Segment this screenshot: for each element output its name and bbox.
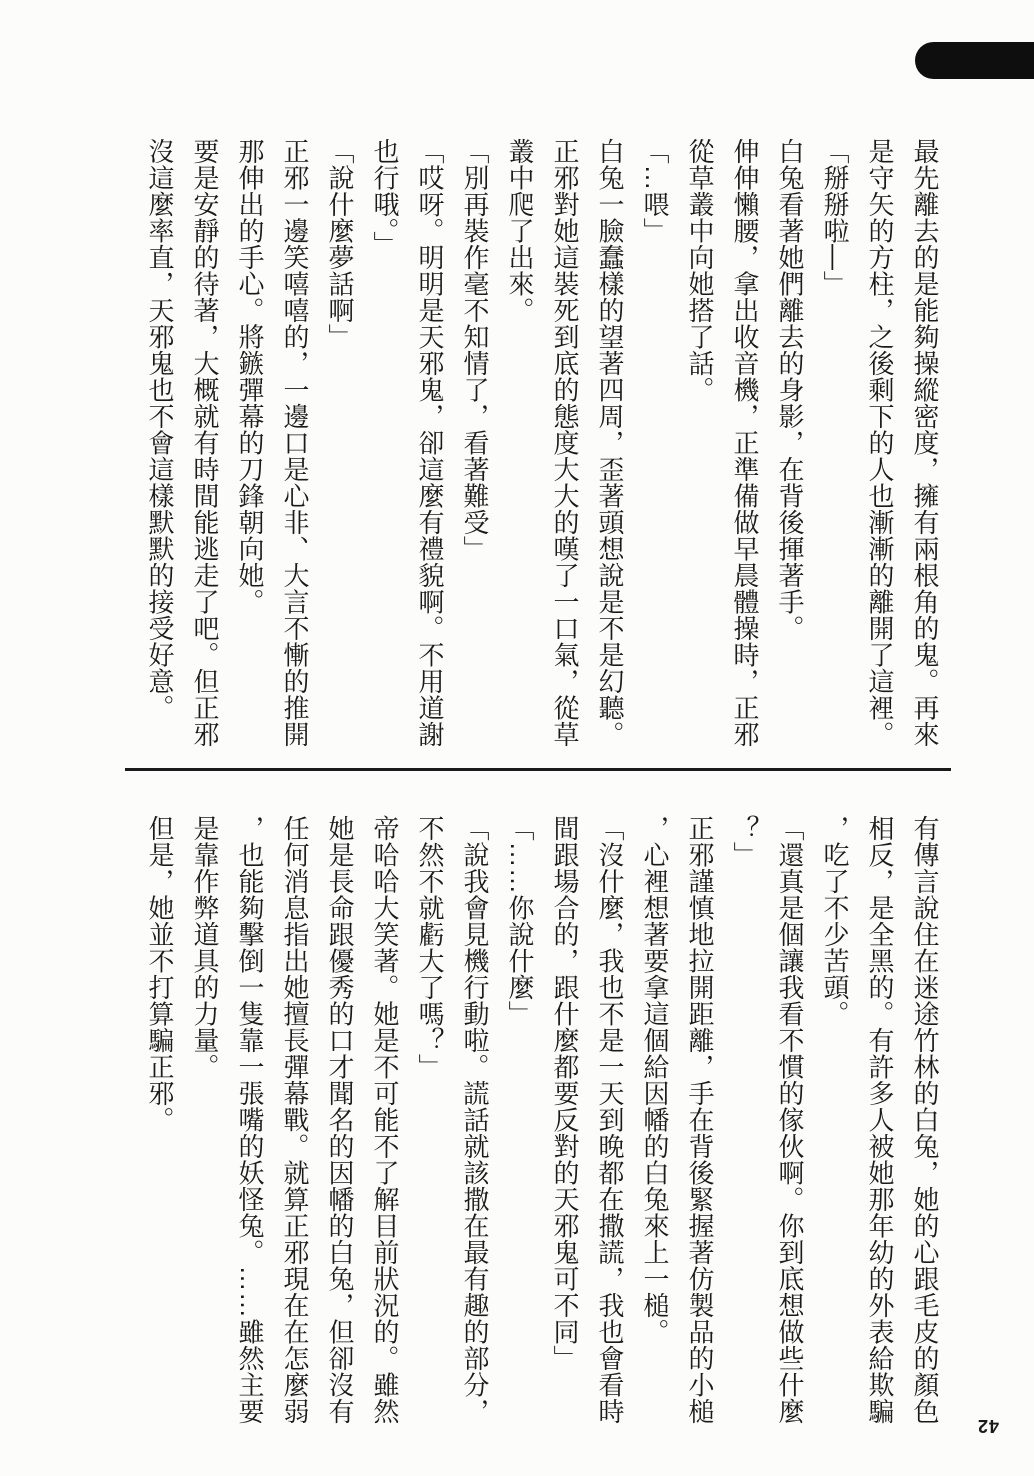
text-line: ？」 <box>722 815 767 1429</box>
text-line: ，也能夠擊倒一隻靠一張嘴的妖怪兔。……雖然主要 <box>227 815 272 1429</box>
text-line: 「還真是個讓我看不慣的傢伙啊。你到底想做些什麼 <box>767 815 812 1429</box>
text-line: 相反，是全黑的。有許多人被她那年幼的外表給欺騙 <box>857 815 902 1429</box>
text-line: 叢中爬了出來。 <box>497 138 542 752</box>
text-line: ，心裡想著要拿這個給因幡的白兔來上一槌。 <box>632 815 677 1429</box>
text-line: 不然不就虧大了嗎？」 <box>407 815 452 1429</box>
text-line: 帝哈哈大笑著。她是不可能不了解目前狀況的。雖然 <box>362 815 407 1429</box>
text-line: 白兔看著她們離去的身影，在背後揮著手。 <box>767 138 812 752</box>
chapter-edge-tab-marker <box>915 42 1034 79</box>
text-line: 那伸出的手心。將鏃彈幕的刀鋒朝向她。 <box>227 138 272 752</box>
page-number: 42 <box>966 1412 1010 1436</box>
text-line: 白兔一臉蠢樣的望著四周，歪著頭想說是不是幻聽。 <box>587 138 632 752</box>
text-line: 正邪對她這裝死到底的態度大大的嘆了一口氣，從草 <box>542 138 587 752</box>
text-line: 「掰掰啦—」 <box>812 138 857 752</box>
section-divider-rule <box>125 768 951 771</box>
text-line: 伸伸懶腰，拿出收音機，正準備做早晨體操時，正邪 <box>722 138 767 752</box>
text-line: 「…喂」 <box>632 138 677 752</box>
text-line: 是守矢的方柱，之後剩下的人也漸漸的離開了這裡。 <box>857 138 902 752</box>
text-line: 也行哦。」 <box>362 138 407 752</box>
scanned-book-page: 最先離去的是能夠操縱密度，擁有兩根角的鬼。再來是守矢的方柱，之後剩下的人也漸漸的… <box>0 0 1034 1476</box>
text-block-bottom: 有傳言說住在迷途竹林的白兔，她的心跟毛皮的顏色相反，是全黑的。有許多人被她那年幼… <box>137 815 947 1429</box>
text-line: 但是，她並不打算騙正邪。 <box>137 815 182 1429</box>
text-line: 從草叢中向她搭了話。 <box>677 138 722 752</box>
text-line: 要是安靜的待著，大概就有時間能逃走了吧。但正邪 <box>182 138 227 752</box>
text-line: 正邪一邊笑嘻嘻的，一邊口是心非、大言不慚的推開 <box>272 138 317 752</box>
text-line: 間跟場合的，跟什麼都要反對的天邪鬼可不同」 <box>542 815 587 1429</box>
text-line: 她是長命跟優秀的口才聞名的因幡的白兔，但卻沒有 <box>317 815 362 1429</box>
text-line: 沒這麼率直，天邪鬼也不會這樣默默的接受好意。 <box>137 138 182 752</box>
text-line: 「沒什麼，我也不是一天到晚都在撒謊，我也會看時 <box>587 815 632 1429</box>
text-line: 「別再裝作毫不知情了，看著難受」 <box>452 138 497 752</box>
text-line: ，吃了不少苦頭。 <box>812 815 857 1429</box>
text-block-top: 最先離去的是能夠操縱密度，擁有兩根角的鬼。再來是守矢的方柱，之後剩下的人也漸漸的… <box>137 138 947 752</box>
text-line: 是靠作弊道具的力量。 <box>182 815 227 1429</box>
text-line: 正邪謹慎地拉開距離，手在背後緊握著仿製品的小槌 <box>677 815 722 1429</box>
text-line: 「說我會見機行動啦。謊話就該撒在最有趣的部分， <box>452 815 497 1429</box>
text-line: 最先離去的是能夠操縱密度，擁有兩根角的鬼。再來 <box>902 138 947 752</box>
text-line: 「說什麼夢話啊」 <box>317 138 362 752</box>
text-line: 「哎呀。明明是天邪鬼，卻這麼有禮貌啊。不用道謝 <box>407 138 452 752</box>
text-line: 「……你說什麼」 <box>497 815 542 1429</box>
text-line: 有傳言說住在迷途竹林的白兔，她的心跟毛皮的顏色 <box>902 815 947 1429</box>
text-line: 任何消息指出她擅長彈幕戰。就算正邪現在在怎麼弱 <box>272 815 317 1429</box>
